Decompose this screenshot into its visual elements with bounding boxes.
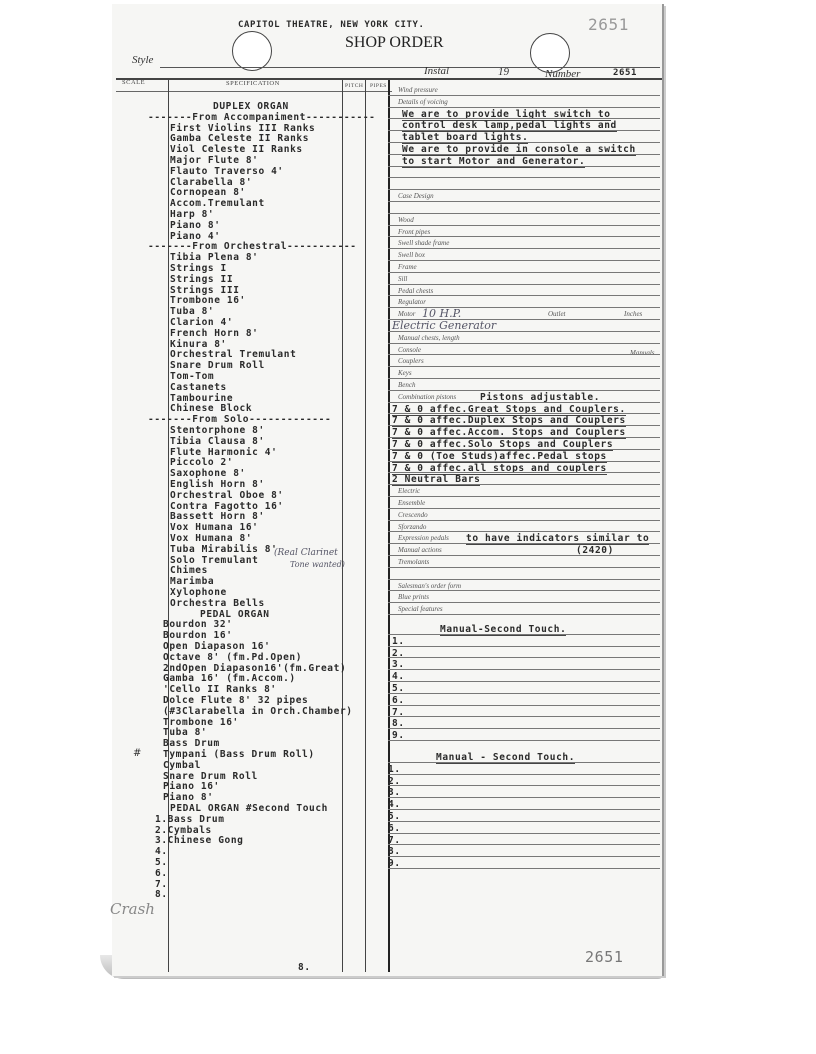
year-label: 19 bbox=[498, 66, 509, 78]
spec-stop: Tom-Tom bbox=[170, 371, 214, 382]
page-mark: 8. bbox=[298, 962, 311, 973]
form-rule bbox=[388, 785, 660, 786]
form-rule bbox=[388, 567, 660, 568]
spec-stop: Tambourine bbox=[170, 393, 233, 404]
spec-stop: Orchestra Bells bbox=[170, 598, 265, 609]
pedal-second-touch-item: 4. bbox=[155, 846, 168, 857]
spec-stop: Orchestral Oboe 8' bbox=[170, 490, 284, 501]
spec-stop: Trombone 16' bbox=[170, 295, 246, 306]
spec-section-heading: -------From Orchestral----------- bbox=[148, 241, 357, 252]
pedal-chests-label: Pedal chests bbox=[398, 287, 433, 295]
details-of-voicing-label: Details of voicing bbox=[398, 98, 448, 106]
spec-stop: Strings II bbox=[170, 274, 233, 285]
form-rule bbox=[388, 762, 660, 763]
form-rule bbox=[388, 354, 660, 355]
expression-pedals-label: Expression pedals bbox=[398, 534, 449, 542]
pedal-second-touch-item: 8. bbox=[155, 889, 168, 900]
spec-stop: Castanets bbox=[170, 382, 227, 393]
spec-stop: Strings I bbox=[170, 263, 227, 274]
keys-label: Keys bbox=[398, 369, 412, 377]
form-rule bbox=[388, 496, 660, 497]
pedal-second-touch-item: 7. bbox=[155, 879, 168, 890]
form-rule bbox=[388, 225, 660, 226]
spec-stop: Cornopean 8' bbox=[170, 187, 246, 198]
col-scale: SCALE bbox=[122, 79, 145, 86]
col-header-rule bbox=[116, 91, 392, 92]
form-rule bbox=[388, 484, 660, 485]
pedal-second-touch-item: 2.Cymbals bbox=[155, 825, 212, 836]
spec-stop: Saxophone 8' bbox=[170, 468, 246, 479]
swell-box-label: Swell box bbox=[398, 251, 425, 259]
form-rule bbox=[388, 844, 660, 845]
form-rule bbox=[388, 646, 660, 647]
form-rule bbox=[388, 248, 660, 249]
form-rule bbox=[388, 95, 660, 96]
form-rule bbox=[388, 118, 660, 119]
form-rule bbox=[388, 390, 660, 391]
tremolants-label: Tremolants bbox=[398, 558, 429, 566]
form-rule bbox=[388, 366, 660, 367]
wood-label: Wood bbox=[398, 216, 414, 224]
form-rule bbox=[388, 602, 660, 603]
form-rule bbox=[388, 868, 660, 869]
form-rule bbox=[388, 295, 660, 296]
spec-stop: Snare Drum Roll bbox=[170, 360, 265, 371]
form-rule bbox=[388, 543, 660, 544]
form-rule bbox=[388, 272, 660, 273]
number-value: 2651 bbox=[613, 68, 637, 78]
pedal-second-touch-item: 5. bbox=[155, 857, 168, 868]
pedal-organ-title: PEDAL ORGAN bbox=[200, 609, 270, 620]
manuals-label: Manuals bbox=[630, 349, 655, 357]
form-rule bbox=[388, 705, 660, 706]
form-rule bbox=[388, 213, 660, 214]
form-rule bbox=[388, 728, 660, 729]
pedal-stop: (#3Clarabella in Orch.Chamber) bbox=[163, 706, 353, 717]
blue-prints-label: Blue prints bbox=[398, 593, 429, 601]
form-rule bbox=[388, 590, 660, 591]
form-rule bbox=[388, 284, 660, 285]
form-rule bbox=[388, 821, 660, 822]
form-rule bbox=[388, 437, 660, 438]
pedal-second-touch-item: 3.Chinese Gong bbox=[155, 835, 243, 846]
pedal-stop: Bourdon 32' bbox=[163, 619, 233, 630]
pedal-stop: Piano 8' bbox=[163, 792, 214, 803]
style-label: Style bbox=[132, 54, 153, 66]
form-rule bbox=[388, 201, 660, 202]
spec-stop: Flute Harmonic 4' bbox=[170, 447, 277, 458]
sforzando-label: Sforzando bbox=[398, 523, 426, 531]
spec-stop: Clarabella 8' bbox=[170, 177, 252, 188]
form-rule bbox=[388, 520, 660, 521]
crescendo-label: Crescendo bbox=[398, 511, 428, 519]
form-rule bbox=[388, 740, 660, 741]
form-rule bbox=[388, 634, 660, 635]
spec-stop: Clarion 4' bbox=[170, 317, 233, 328]
spec-stop: Contra Fagotto 16' bbox=[170, 501, 284, 512]
form-rule bbox=[388, 797, 660, 798]
electric-label: Electric bbox=[398, 487, 420, 495]
spec-stop: Vox Humana 16' bbox=[170, 522, 258, 533]
bench-label: Bench bbox=[398, 381, 416, 389]
handwritten-crash-note: Crash bbox=[110, 900, 155, 918]
console-label: Console bbox=[398, 346, 421, 354]
inches-label: Inches bbox=[624, 310, 642, 318]
form-rule bbox=[388, 693, 660, 694]
spec-stop: Stentorphone 8' bbox=[170, 425, 265, 436]
pedal-stop: Cymbal bbox=[163, 760, 201, 771]
spec-stop: Strings III bbox=[170, 285, 240, 296]
manual-chests-label: Manual chests, length bbox=[398, 334, 460, 342]
form-rule bbox=[388, 425, 660, 426]
pedal-stop: 2ndOpen Diapason16'(fm.Great) bbox=[163, 663, 346, 674]
spec-stop: First Violins III Ranks bbox=[170, 123, 315, 134]
frame-label: Frame bbox=[398, 263, 417, 271]
outlet-label: Outlet bbox=[548, 310, 566, 318]
form-rule bbox=[388, 413, 660, 414]
spec-stop: Gamba Celeste II Ranks bbox=[170, 133, 309, 144]
spec-stop: Tibia Plena 8' bbox=[170, 252, 258, 263]
handwritten-bassett-note-2: Tone wanted) bbox=[290, 560, 345, 569]
pedal-stop: Dolce Flute 8' 32 pipes bbox=[163, 695, 308, 706]
spec-stop: Vox Humana 8' bbox=[170, 533, 252, 544]
pedal-stop: Tympani (Bass Drum Roll) bbox=[163, 749, 315, 760]
form-rule bbox=[388, 716, 660, 717]
col-pipes: PIPES bbox=[370, 83, 387, 89]
pedal-stop: Trombone 16' bbox=[163, 717, 239, 728]
spec-stop: Bassett Horn 8' bbox=[170, 511, 265, 522]
form-rule bbox=[388, 142, 660, 143]
pedal-stop: 'Cello II Ranks 8' bbox=[163, 684, 277, 695]
form-rule bbox=[388, 669, 660, 670]
col-pitch: PITCH bbox=[345, 83, 363, 89]
pedal-stop: Bass Drum bbox=[163, 738, 220, 749]
pedal-second-touch-item: 1.Bass Drum bbox=[155, 814, 225, 825]
pedal-stop: Snare Drum Roll bbox=[163, 771, 258, 782]
pedal-stop: Open Diapason 16' bbox=[163, 641, 270, 652]
form-rule bbox=[388, 154, 660, 155]
spec-stop: Piano 4' bbox=[170, 231, 221, 242]
spec-stop: Chimes bbox=[170, 565, 208, 576]
doc-title: SHOP ORDER bbox=[345, 34, 444, 52]
org-name: CAPITOL THEATRE, NEW YORK CITY. bbox=[238, 20, 425, 30]
pedal-stop: Tuba 8' bbox=[163, 727, 207, 738]
wind-pressure-label: Wind pressure bbox=[398, 86, 438, 94]
swell-shade-frame-label: Swell shade frame bbox=[398, 239, 449, 247]
form-rule bbox=[388, 449, 660, 450]
spec-stop: English Horn 8' bbox=[170, 479, 265, 490]
spec-stop: Kinura 8' bbox=[170, 339, 227, 350]
spec-stop: Harp 8' bbox=[170, 209, 214, 220]
form-rule bbox=[388, 166, 660, 167]
form-rule bbox=[388, 614, 660, 615]
couplers-label: Couplers bbox=[398, 357, 424, 365]
stamp-number-bottom: 2651 bbox=[585, 948, 624, 966]
stamp-number-top: 2651 bbox=[588, 15, 629, 34]
spec-title: DUPLEX ORGAN bbox=[213, 101, 289, 112]
form-rule bbox=[388, 331, 660, 332]
pipes-divider bbox=[365, 80, 366, 972]
form-rule bbox=[388, 681, 660, 682]
style-rule bbox=[160, 67, 660, 68]
form-rule bbox=[388, 472, 660, 473]
motor-label: Motor bbox=[398, 310, 416, 318]
pedal-second-touch-title: PEDAL ORGAN #Second Touch bbox=[170, 803, 328, 814]
front-pipes-label: Front pipes bbox=[398, 228, 430, 236]
spec-stop: Tibia Clausa 8' bbox=[170, 436, 265, 447]
form-rule bbox=[388, 236, 660, 237]
instal-label: Instal bbox=[424, 65, 449, 77]
spec-section-heading: -------From Accompaniment----------- bbox=[148, 112, 376, 123]
spec-stop: Tuba Mirabilis 8' bbox=[170, 544, 277, 555]
spec-stop: Flauto Traverso 4' bbox=[170, 166, 284, 177]
sill-label: Sill bbox=[398, 275, 407, 283]
pedal-stop: Octave 8' (fm.Pd.Open) bbox=[163, 652, 302, 663]
combination-pistons-label: Combination pistons bbox=[398, 393, 456, 401]
spec-stop: Tuba 8' bbox=[170, 306, 214, 317]
special-features-label: Special features bbox=[398, 605, 443, 613]
spec-stop: Piccolo 2' bbox=[170, 457, 233, 468]
form-rule bbox=[388, 107, 660, 108]
form-rule bbox=[388, 555, 660, 556]
form-rule bbox=[388, 531, 660, 532]
spec-section-heading: -------From Solo------------- bbox=[148, 414, 331, 425]
form-rule bbox=[388, 189, 660, 190]
spec-stop: Chinese Block bbox=[170, 403, 252, 414]
form-rule bbox=[388, 774, 660, 775]
form-rule bbox=[388, 856, 660, 857]
spec-stop: Piano 8' bbox=[170, 220, 221, 231]
regulator-label: Regulator bbox=[398, 298, 426, 306]
pedal-stop: Bourdon 16' bbox=[163, 630, 233, 641]
col-specification: SPECIFICATION bbox=[226, 80, 280, 87]
handwritten-bassett-note-1: (Real Clarinet bbox=[274, 548, 338, 558]
spec-stop: Major Flute 8' bbox=[170, 155, 258, 166]
case-design-label: Case Design bbox=[398, 192, 434, 200]
form-rule bbox=[388, 402, 660, 403]
ensemble-label: Ensemble bbox=[398, 499, 425, 507]
pitch-divider bbox=[342, 80, 343, 972]
form-rule bbox=[388, 461, 660, 462]
form-rule bbox=[388, 378, 660, 379]
form-rule bbox=[388, 657, 660, 658]
spec-stop: French Horn 8' bbox=[170, 328, 258, 339]
pedal-stop: Piano 16' bbox=[163, 781, 220, 792]
form-rule bbox=[388, 260, 660, 261]
spec-stop: Xylophone bbox=[170, 587, 227, 598]
form-rule bbox=[388, 579, 660, 580]
spec-stop: Solo Tremulant bbox=[170, 555, 258, 566]
manual-actions-label: Manual actions bbox=[398, 546, 442, 554]
spec-stop: Marimba bbox=[170, 576, 214, 587]
pedal-second-touch-item: 6. bbox=[155, 868, 168, 879]
form-rule bbox=[388, 343, 660, 344]
form-rule bbox=[388, 130, 660, 131]
form-rule bbox=[388, 508, 660, 509]
form-rule bbox=[388, 177, 660, 178]
salesmans-order-label: Salesman's order form bbox=[398, 582, 461, 590]
spec-stop: Accom.Tremulant bbox=[170, 198, 265, 209]
punch-hole-left bbox=[232, 31, 272, 71]
pedal-stop: Gamba 16' (fm.Accom.) bbox=[163, 673, 296, 684]
form-rule bbox=[388, 833, 660, 834]
hash-mark: # bbox=[133, 748, 141, 759]
spec-stop: Viol Celeste II Ranks bbox=[170, 144, 303, 155]
form-rule bbox=[388, 809, 660, 810]
spec-stop: Orchestral Tremulant bbox=[170, 349, 296, 360]
